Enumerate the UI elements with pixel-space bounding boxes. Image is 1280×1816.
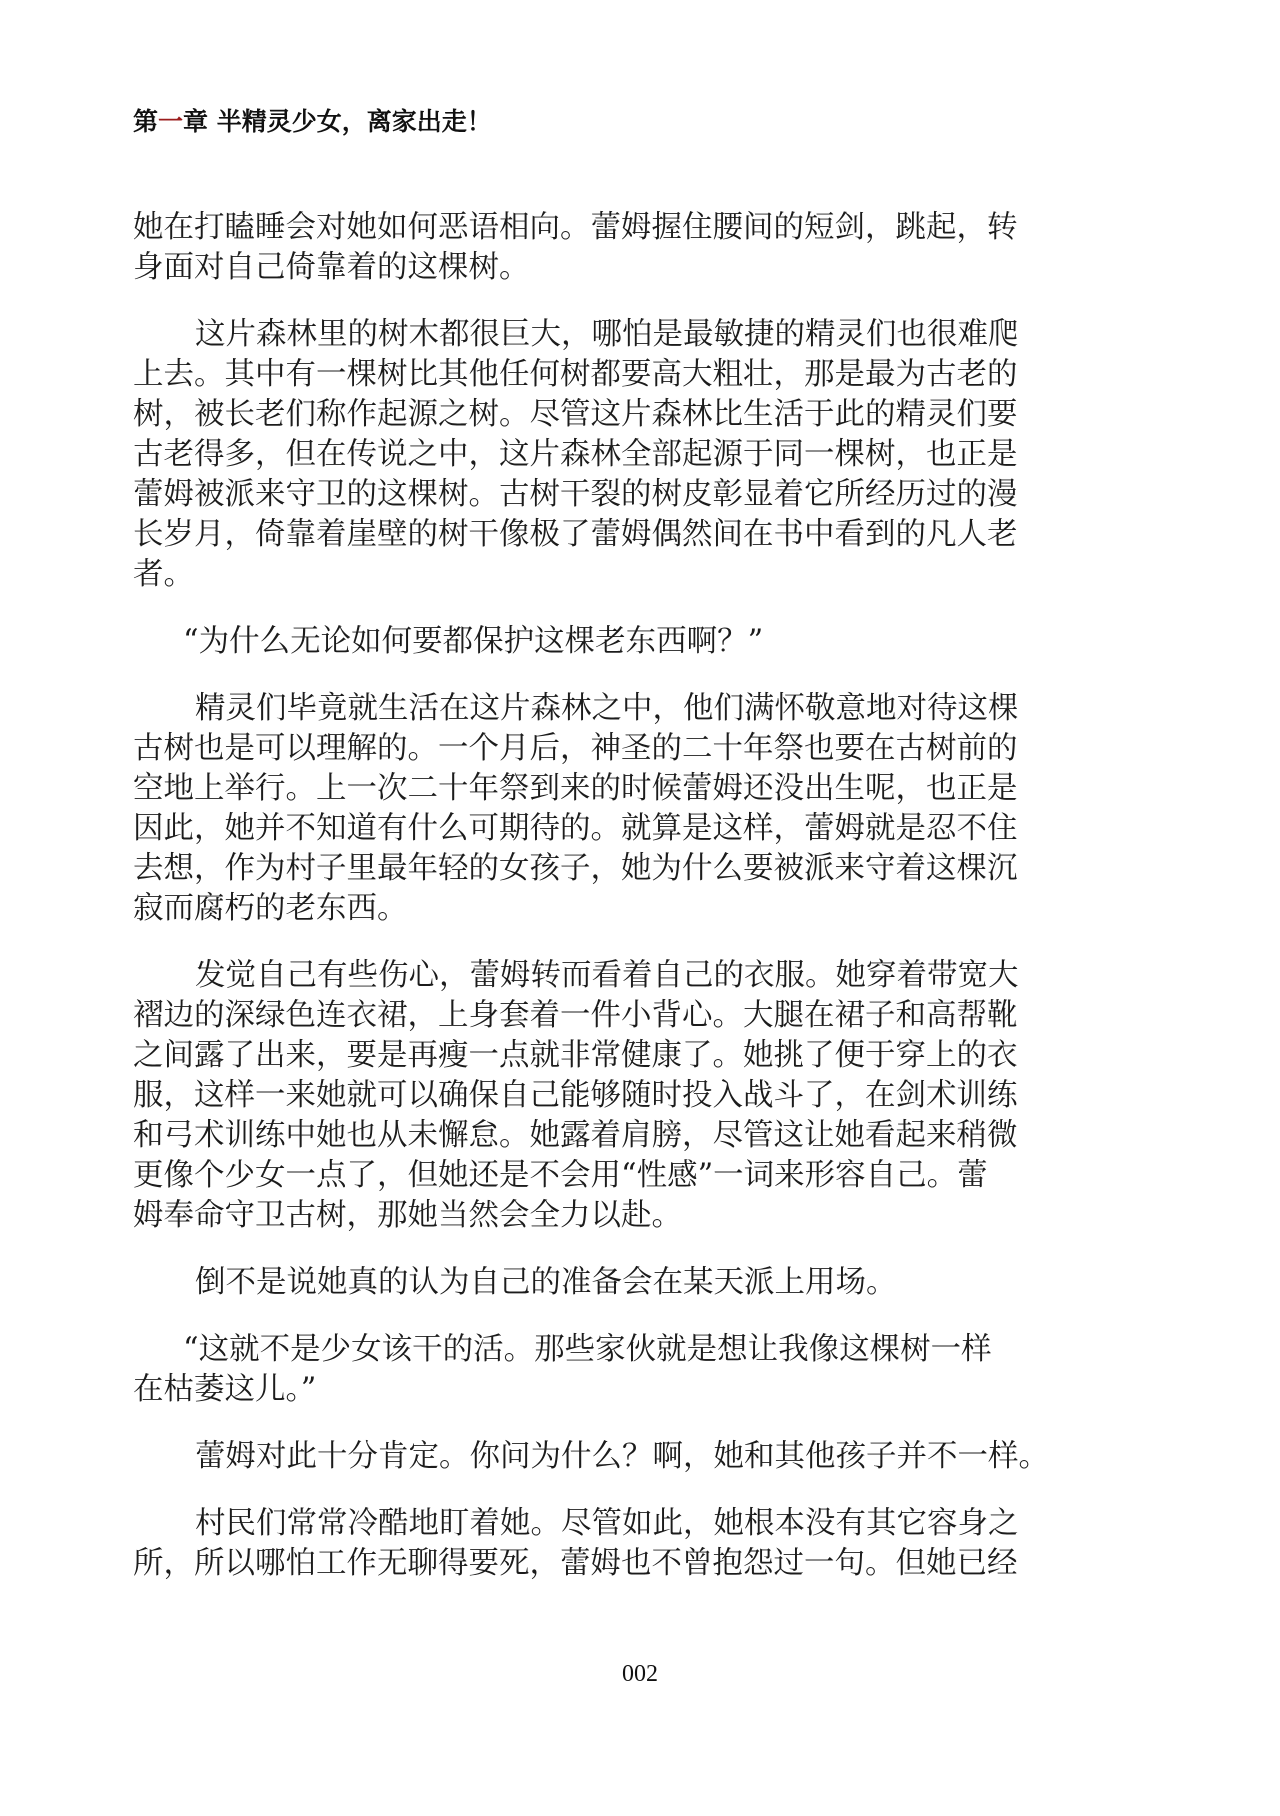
page-number: 002 [0,1660,1280,1688]
text-line: 因此，她并不知道有什么可期待的。就算是这样，蕾姆就是忍不住 [133,809,1063,849]
paragraph: 村民们常常冷酷地盯着她。尽管如此，她根本没有其它容身之 所，所以哪怕工作无聊得要… [133,1504,1063,1584]
paragraph: 发觉自己有些伤心，蕾姆转而看着自己的衣服。她穿着带宽大 褶边的深绿色连衣裙，上身… [133,956,1063,1236]
text-line: 倒不是说她真的认为自己的准备会在某天派上用场。 [133,1263,1063,1303]
text-line: 蕾姆对此十分肯定。你问为什么？啊，她和其他孩子并不一样。 [133,1437,1063,1477]
text-line: 村民们常常冷酷地盯着她。尽管如此，她根本没有其它容身之 [133,1504,1063,1544]
paragraph: 精灵们毕竟就生活在这片森林之中，他们满怀敬意地对待这棵 古树也是可以理解的。一个… [133,689,1063,929]
chapter-title-prefix: 第 [133,107,158,136]
text-line: 者。 [133,555,1063,595]
text-line: 上去。其中有一棵树比其他任何树都要高大粗壮，那是最为古老的 [133,355,1063,395]
text-line: 树，被长老们称作起源之树。尽管这片森林比生活于此的精灵们要 [133,395,1063,435]
text-line: 精灵们毕竟就生活在这片森林之中，他们满怀敬意地对待这棵 [133,689,1063,729]
text-line: 发觉自己有些伤心，蕾姆转而看着自己的衣服。她穿着带宽大 [133,956,1063,996]
text-line: 身面对自己倚靠着的这棵树。 [133,248,1063,288]
text-line: 去想，作为村子里最年轻的女孩子，她为什么要被派来守着这棵沉 [133,849,1063,889]
paragraph: 蕾姆对此十分肯定。你问为什么？啊，她和其他孩子并不一样。 [133,1437,1063,1477]
text-line: 褶边的深绿色连衣裙，上身套着一件小背心。大腿在裙子和高帮靴 [133,996,1063,1036]
text-line: 和弓术训练中她也从未懈怠。她露着肩膀，尽管这让她看起来稍微 [133,1116,1063,1156]
text-line: 所，所以哪怕工作无聊得要死，蕾姆也不曾抱怨过一句。但她已经 [133,1544,1063,1584]
text-line: 蕾姆被派来守卫的这棵树。古树干裂的树皮彰显着它所经历过的漫 [133,475,1063,515]
text-line: 寂而腐朽的老东西。 [133,889,1063,929]
paragraph: 倒不是说她真的认为自己的准备会在某天派上用场。 [133,1263,1063,1303]
text-line: 古老得多，但在传说之中，这片森林全部起源于同一棵树，也正是 [133,435,1063,475]
document-page: 第一章 半精灵少女，离家出走！ 她在打瞌睡会对她如何恶语相向。蕾姆握住腰间的短剑… [0,0,1280,1816]
text-line: 之间露了出来，要是再瘦一点就非常健康了。她挑了便于穿上的衣 [133,1036,1063,1076]
paragraph: 她在打瞌睡会对她如何恶语相向。蕾姆握住腰间的短剑，跳起，转 身面对自己倚靠着的这… [133,208,1063,288]
text-line: 她在打瞌睡会对她如何恶语相向。蕾姆握住腰间的短剑，跳起，转 [133,208,1063,248]
text-line: 姆奉命守卫古树，那她当然会全力以赴。 [133,1196,1063,1236]
body-text: 她在打瞌睡会对她如何恶语相向。蕾姆握住腰间的短剑，跳起，转 身面对自己倚靠着的这… [133,208,1063,1611]
text-line: “为什么无论如何要都保护这棵老东西啊？” [133,622,1063,662]
text-line: 服，这样一来她就可以确保自己能够随时投入战斗了，在剑术训练 [133,1076,1063,1116]
text-line: 长岁月，倚靠着崖壁的树干像极了蕾姆偶然间在书中看到的凡人老 [133,515,1063,555]
text-line: 在枯萎这儿。” [133,1370,1063,1410]
text-line: 空地上举行。上一次二十年祭到来的时候蕾姆还没出生呢，也正是 [133,769,1063,809]
text-line: 更像个少女一点了，但她还是不会用“性感”一词来形容自己。蕾 [133,1156,1063,1196]
text-line: 古树也是可以理解的。一个月后，神圣的二十年祭也要在古树前的 [133,729,1063,769]
dialogue-paragraph: “为什么无论如何要都保护这棵老东西啊？” [133,622,1063,662]
paragraph: 这片森林里的树木都很巨大，哪怕是最敏捷的精灵们也很难爬 上去。其中有一棵树比其他… [133,315,1063,595]
text-line: “这就不是少女该干的活。那些家伙就是想让我像这棵树一样 [133,1330,1063,1370]
dialogue-paragraph: “这就不是少女该干的活。那些家伙就是想让我像这棵树一样 在枯萎这儿。” [133,1330,1063,1410]
chapter-title: 第一章 半精灵少女，离家出走！ [133,106,492,138]
text-line: 这片森林里的树木都很巨大，哪怕是最敏捷的精灵们也很难爬 [133,315,1063,355]
chapter-number: 一 [158,107,183,136]
chapter-title-text: 章 半精灵少女，离家出走！ [183,107,492,136]
